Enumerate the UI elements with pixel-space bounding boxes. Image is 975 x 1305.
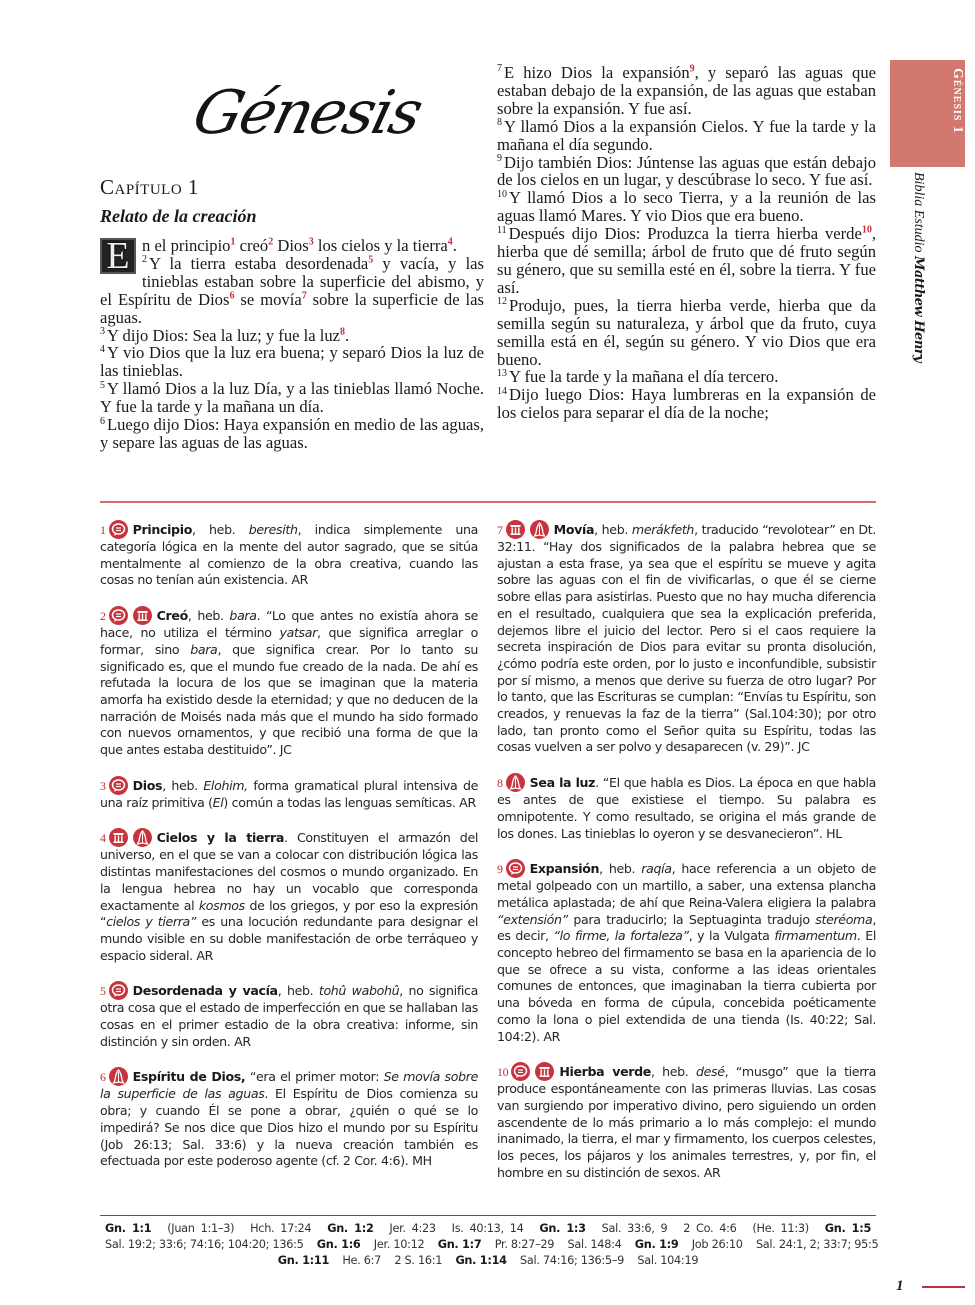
verse: 10Y llamó Dios a lo seco Tierra, y a la …	[497, 189, 876, 225]
footnote-marker[interactable]: 10	[862, 225, 872, 236]
scripture-column-right: 7E hizo Dios la expansión9, y separó las…	[497, 64, 876, 422]
cross-reference-link[interactable]: Jer. 4:23	[389, 1222, 435, 1235]
note-text: . El concepto hebreo del firmamento se b…	[497, 928, 876, 1043]
verse-text: se movía	[234, 290, 301, 309]
praying-hands-icon[interactable]	[530, 520, 549, 539]
note-number: 4	[100, 831, 106, 845]
section-divider	[100, 501, 876, 503]
section-heading: Relato de la creación	[100, 206, 256, 227]
study-notes-right: 7Movía, heb. merákfeth, traducido “revol…	[497, 520, 876, 1199]
study-note: 9Expansión, heb. raqía, hace referencia …	[497, 859, 876, 1045]
speech-bubble-icon[interactable]	[109, 520, 128, 539]
verse: 7E hizo Dios la expansión9, y separó las…	[497, 64, 876, 118]
note-text: , traducido “revolotear” en Dt. 32:11. “…	[497, 522, 876, 754]
drop-cap-ornament: E	[100, 238, 136, 274]
note-text: , heb.	[278, 983, 319, 998]
verse-number: 10	[497, 189, 507, 200]
verse-number: 6	[100, 416, 105, 427]
cross-reference-link[interactable]: (Juan 1:1–3)	[167, 1222, 234, 1235]
page-number: 1	[896, 1278, 904, 1295]
note-number: 6	[100, 1070, 106, 1084]
verse-text: creó	[235, 236, 268, 255]
speech-bubble-icon[interactable]	[511, 1062, 530, 1081]
study-note: 1Principio, heb. beresith, indica simple…	[100, 520, 478, 589]
note-term: Desordenada y vacía	[133, 983, 278, 998]
chapter-heading: Capítulo 1	[100, 175, 199, 200]
cross-reference-link[interactable]: 2 Co. 4:6	[683, 1222, 736, 1235]
note-italic: bara	[229, 608, 256, 623]
note-text: , que significa crear. Por lo tanto su s…	[100, 642, 478, 757]
verse-number: 2	[142, 254, 147, 265]
note-number: 5	[100, 984, 106, 998]
cross-reference-key: Gn. 1:6	[317, 1238, 361, 1251]
verse-text: Y llamó Dios a lo seco Tierra, y a la re…	[497, 188, 876, 225]
study-note: 10Hierba verde, heb. desé, “musgo” que l…	[497, 1062, 876, 1181]
note-text: , heb.	[599, 861, 641, 876]
cross-reference-link[interactable]: Jer. 10:12	[374, 1238, 425, 1251]
verse-number: 3	[100, 326, 105, 337]
verse-text: .	[345, 326, 349, 345]
verse-number: 4	[100, 344, 105, 355]
cross-reference-link[interactable]: He. 6:7	[342, 1254, 381, 1267]
column-icon[interactable]	[133, 606, 152, 625]
note-italic: Elohim,	[203, 778, 247, 793]
study-note: 4Cielos y la tierra. Constituyen el arma…	[100, 828, 478, 964]
verse-text: los cielos y la tierra	[314, 236, 448, 255]
note-number: 10	[497, 1065, 508, 1079]
scripture-column-left: E n el principio1 creó2 Dios3 los cielos…	[100, 237, 484, 452]
note-number: 2	[100, 609, 106, 623]
note-italic: firmamentum	[774, 928, 856, 943]
praying-hands-icon[interactable]	[506, 773, 525, 792]
note-text: , “musgo” que la tierra produce espontán…	[497, 1064, 876, 1180]
cross-reference-key: Gn. 1:11	[278, 1254, 329, 1267]
note-term: Sea la luz	[530, 775, 595, 790]
cross-reference-link[interactable]: Sal. 24:1, 2; 33:7; 95:5	[756, 1238, 878, 1251]
cross-reference-link[interactable]: Sal. 104:19	[637, 1254, 698, 1267]
note-text: , heb.	[162, 778, 203, 793]
note-term: Espíritu de Dios,	[133, 1069, 246, 1084]
cross-reference-key: Gn. 1:5	[825, 1222, 871, 1235]
verse-text: Dijo también Dios: Júntense las aguas qu…	[497, 153, 876, 190]
study-note: 2Creó, heb. bara. “Lo que antes no exist…	[100, 606, 478, 759]
note-term: Dios	[133, 778, 163, 793]
note-term: Movía	[554, 522, 594, 537]
cross-reference-line: Sal. 19:2; 33:6; 74:16; 104:20; 136:5 Gn…	[100, 1237, 876, 1253]
column-icon[interactable]	[535, 1062, 554, 1081]
page-number-rule	[922, 1286, 965, 1288]
note-italic: tohû wabohû	[319, 983, 399, 998]
verse-text: Después dijo Dios: Produzca la tierra hi…	[509, 224, 862, 243]
verse-text: Y la tierra estaba desordenada	[149, 254, 368, 273]
cross-reference-link[interactable]: Hch. 17:24	[250, 1222, 311, 1235]
note-italic: El	[213, 795, 224, 810]
note-italic: beresith	[249, 522, 298, 537]
note-number: 3	[100, 779, 106, 793]
cross-reference-link[interactable]: Sal. 33:6, 9	[602, 1222, 668, 1235]
verse-text: n el principio	[142, 236, 230, 255]
verse-number: 11	[497, 225, 507, 236]
note-term: Cielos y la tierra	[157, 830, 284, 845]
verse: 5Y llamó Dios a la luz Día, y a las tini…	[100, 380, 484, 416]
note-italic: merákfeth	[632, 522, 694, 537]
cross-reference-line: Gn. 1:11 He. 6:7 2 S. 16:1 Gn. 1:14 Sal.…	[100, 1253, 876, 1269]
verse: 12Produjo, pues, la tierra hierba verde,…	[497, 297, 876, 369]
cross-reference-link[interactable]: Sal. 148:4	[568, 1238, 622, 1251]
cross-reference-link[interactable]: (He. 11:3)	[752, 1222, 808, 1235]
cross-references: Gn. 1:1 (Juan 1:1–3) Hch. 17:24 Gn. 1:2 …	[100, 1221, 876, 1269]
verse: 13Y fue la tarde y la mañana el día terc…	[497, 368, 876, 386]
verse-number: 14	[497, 386, 507, 397]
verse-text: E hizo Dios la expansión	[504, 63, 690, 82]
cross-reference-key: Gn. 1:14	[455, 1254, 506, 1267]
verse: 2Y la tierra estaba desordenada5 y vacía…	[100, 255, 484, 327]
verse-text: Dios	[273, 236, 309, 255]
verse-number: 12	[497, 296, 507, 307]
note-italic: raqía	[641, 861, 671, 876]
note-text: , y la Vulgata	[689, 928, 775, 943]
speech-bubble-icon[interactable]	[109, 776, 128, 795]
note-text: , heb.	[188, 608, 230, 623]
note-number: 7	[497, 523, 503, 537]
study-note: 8Sea la luz. “El que habla es Dios. La é…	[497, 773, 876, 842]
cross-reference-key: Gn. 1:2	[327, 1222, 373, 1235]
verse-text: Y fue la tarde y la mañana el día tercer…	[509, 367, 778, 386]
cross-reference-link[interactable]: Is. 40:13, 14	[452, 1222, 524, 1235]
book-title: Génesis	[184, 68, 406, 158]
verse-text: Y llamó Dios a la expansión Cielos. Y fu…	[497, 117, 876, 154]
verse: 14Dijo luego Dios: Haya lumbreras en la …	[497, 386, 876, 422]
cross-reference-link[interactable]: Job 26:10	[692, 1238, 743, 1251]
note-italic: “extensión”	[497, 912, 568, 927]
note-number: 8	[497, 776, 503, 790]
note-italic: “lo firme, la fortaleza”	[553, 928, 688, 943]
cross-reference-key: Gn. 1:1	[105, 1222, 151, 1235]
verse: 4Y vio Dios que la luz era buena; y sepa…	[100, 344, 484, 380]
speech-bubble-icon[interactable]	[109, 606, 128, 625]
note-italic: kosmos	[199, 898, 245, 913]
note-term: Hierba verde	[559, 1064, 651, 1079]
study-notes-left: 1Principio, heb. beresith, indica simple…	[100, 520, 478, 1187]
note-term: Creó	[157, 608, 188, 623]
note-italic: cielos y tierra”	[106, 914, 196, 929]
note-italic: bara	[190, 642, 217, 657]
cross-reference-link[interactable]: Sal. 74:16; 136:5–9	[520, 1254, 624, 1267]
chapter-side-tab[interactable]: Génesis 1	[890, 60, 965, 167]
note-text: , heb.	[651, 1064, 696, 1079]
verse: 3Y dijo Dios: Sea la luz; y fue la luz8.	[100, 327, 484, 345]
note-text: ) común a todas las lenguas semíticas. A…	[223, 795, 475, 810]
verse-number: 8	[497, 117, 502, 128]
verse: n el principio1 creó2 Dios3 los cielos y…	[100, 237, 484, 255]
series-prefix: Biblia Estudio	[911, 172, 926, 253]
verse-number: 13	[497, 368, 507, 379]
praying-hands-icon[interactable]	[133, 828, 152, 847]
verse-number: 5	[100, 380, 105, 391]
note-text: , heb.	[594, 522, 632, 537]
study-note: 5Desordenada y vacía, heb. tohû wabohû, …	[100, 981, 478, 1050]
praying-hands-icon[interactable]	[109, 1067, 128, 1086]
verse-number: 7	[497, 63, 502, 74]
note-text: , heb.	[192, 522, 249, 537]
verse-text: Y vio Dios que la luz era buena; y separ…	[100, 343, 484, 380]
study-note: 6Espíritu de Dios, “era el primer motor:…	[100, 1067, 478, 1170]
verse: 8Y llamó Dios a la expansión Cielos. Y f…	[497, 118, 876, 154]
verse-text: .	[453, 236, 457, 255]
series-title: Biblia Estudio Matthew Henry	[904, 172, 926, 392]
column-icon[interactable]	[109, 828, 128, 847]
verse-text: Dijo luego Dios: Haya lumbreras en la ex…	[497, 385, 876, 422]
note-number: 1	[100, 523, 106, 537]
series-name: Matthew Henry	[911, 256, 926, 362]
verse-text: Y llamó Dios a la luz Día, y a las tinie…	[100, 379, 484, 416]
study-note: 3Dios, heb. Elohim, forma gramatical plu…	[100, 776, 478, 812]
note-italic: yatsar	[279, 625, 316, 640]
cross-reference-key: Gn. 1:7	[438, 1238, 482, 1251]
cross-reference-key: Gn. 1:9	[635, 1238, 679, 1251]
verse-text: Produjo, pues, la tierra hierba verde, h…	[497, 296, 876, 369]
note-italic: steréoma	[815, 912, 872, 927]
side-tab-label: Génesis 1	[943, 68, 965, 160]
cross-reference-link[interactable]: 2 S. 16:1	[394, 1254, 442, 1267]
verse: 9Dijo también Dios: Júntense las aguas q…	[497, 154, 876, 190]
verse: 11Después dijo Dios: Produzca la tierra …	[497, 225, 876, 297]
drop-cap-letter: E	[106, 238, 129, 274]
study-note: 7Movía, heb. merákfeth, traducido “revol…	[497, 520, 876, 756]
column-icon[interactable]	[506, 520, 525, 539]
verse: 6Luego dijo Dios: Haya expansión en medi…	[100, 416, 484, 452]
note-text: para traducirlo; la Septuaginta tradujo	[568, 912, 815, 927]
note-number: 9	[497, 862, 503, 876]
note-italic: desé	[696, 1064, 725, 1079]
verse-text: Luego dijo Dios: Haya expansión en medio…	[100, 415, 484, 452]
cross-reference-rule	[100, 1215, 876, 1216]
note-text: “era el primer motor:	[245, 1069, 383, 1084]
cross-reference-link[interactable]: Pr. 8:27–29	[495, 1238, 555, 1251]
verse-text: Y dijo Dios: Sea la luz; y fue la luz	[107, 326, 340, 345]
cross-reference-link[interactable]: Sal. 19:2; 33:6; 74:16; 104:20; 136:5	[105, 1238, 304, 1251]
note-term: Principio	[133, 522, 192, 537]
speech-bubble-icon[interactable]	[109, 981, 128, 1000]
cross-reference-key: Gn. 1:3	[539, 1222, 585, 1235]
note-term: Expansión	[530, 861, 600, 876]
cross-reference-line: Gn. 1:1 (Juan 1:1–3) Hch. 17:24 Gn. 1:2 …	[100, 1221, 876, 1237]
verse-number: 9	[497, 153, 502, 164]
speech-bubble-icon[interactable]	[506, 859, 525, 878]
